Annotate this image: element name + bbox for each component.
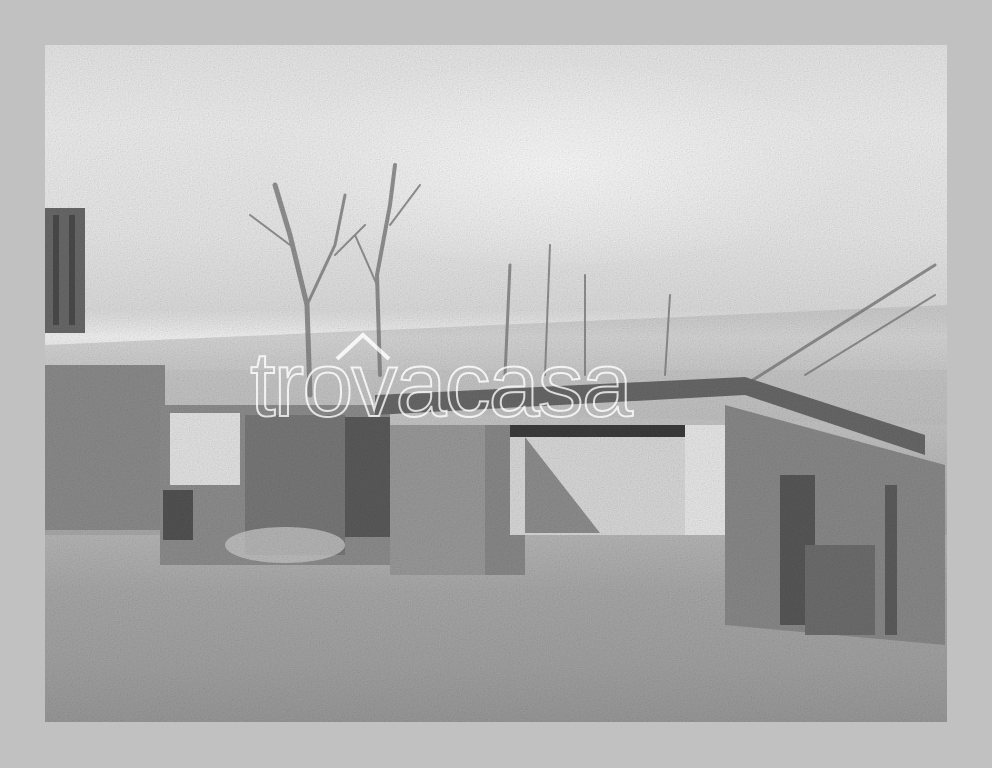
- watermark: trovacasa: [250, 330, 760, 440]
- property-photo: trovacasa: [45, 45, 947, 722]
